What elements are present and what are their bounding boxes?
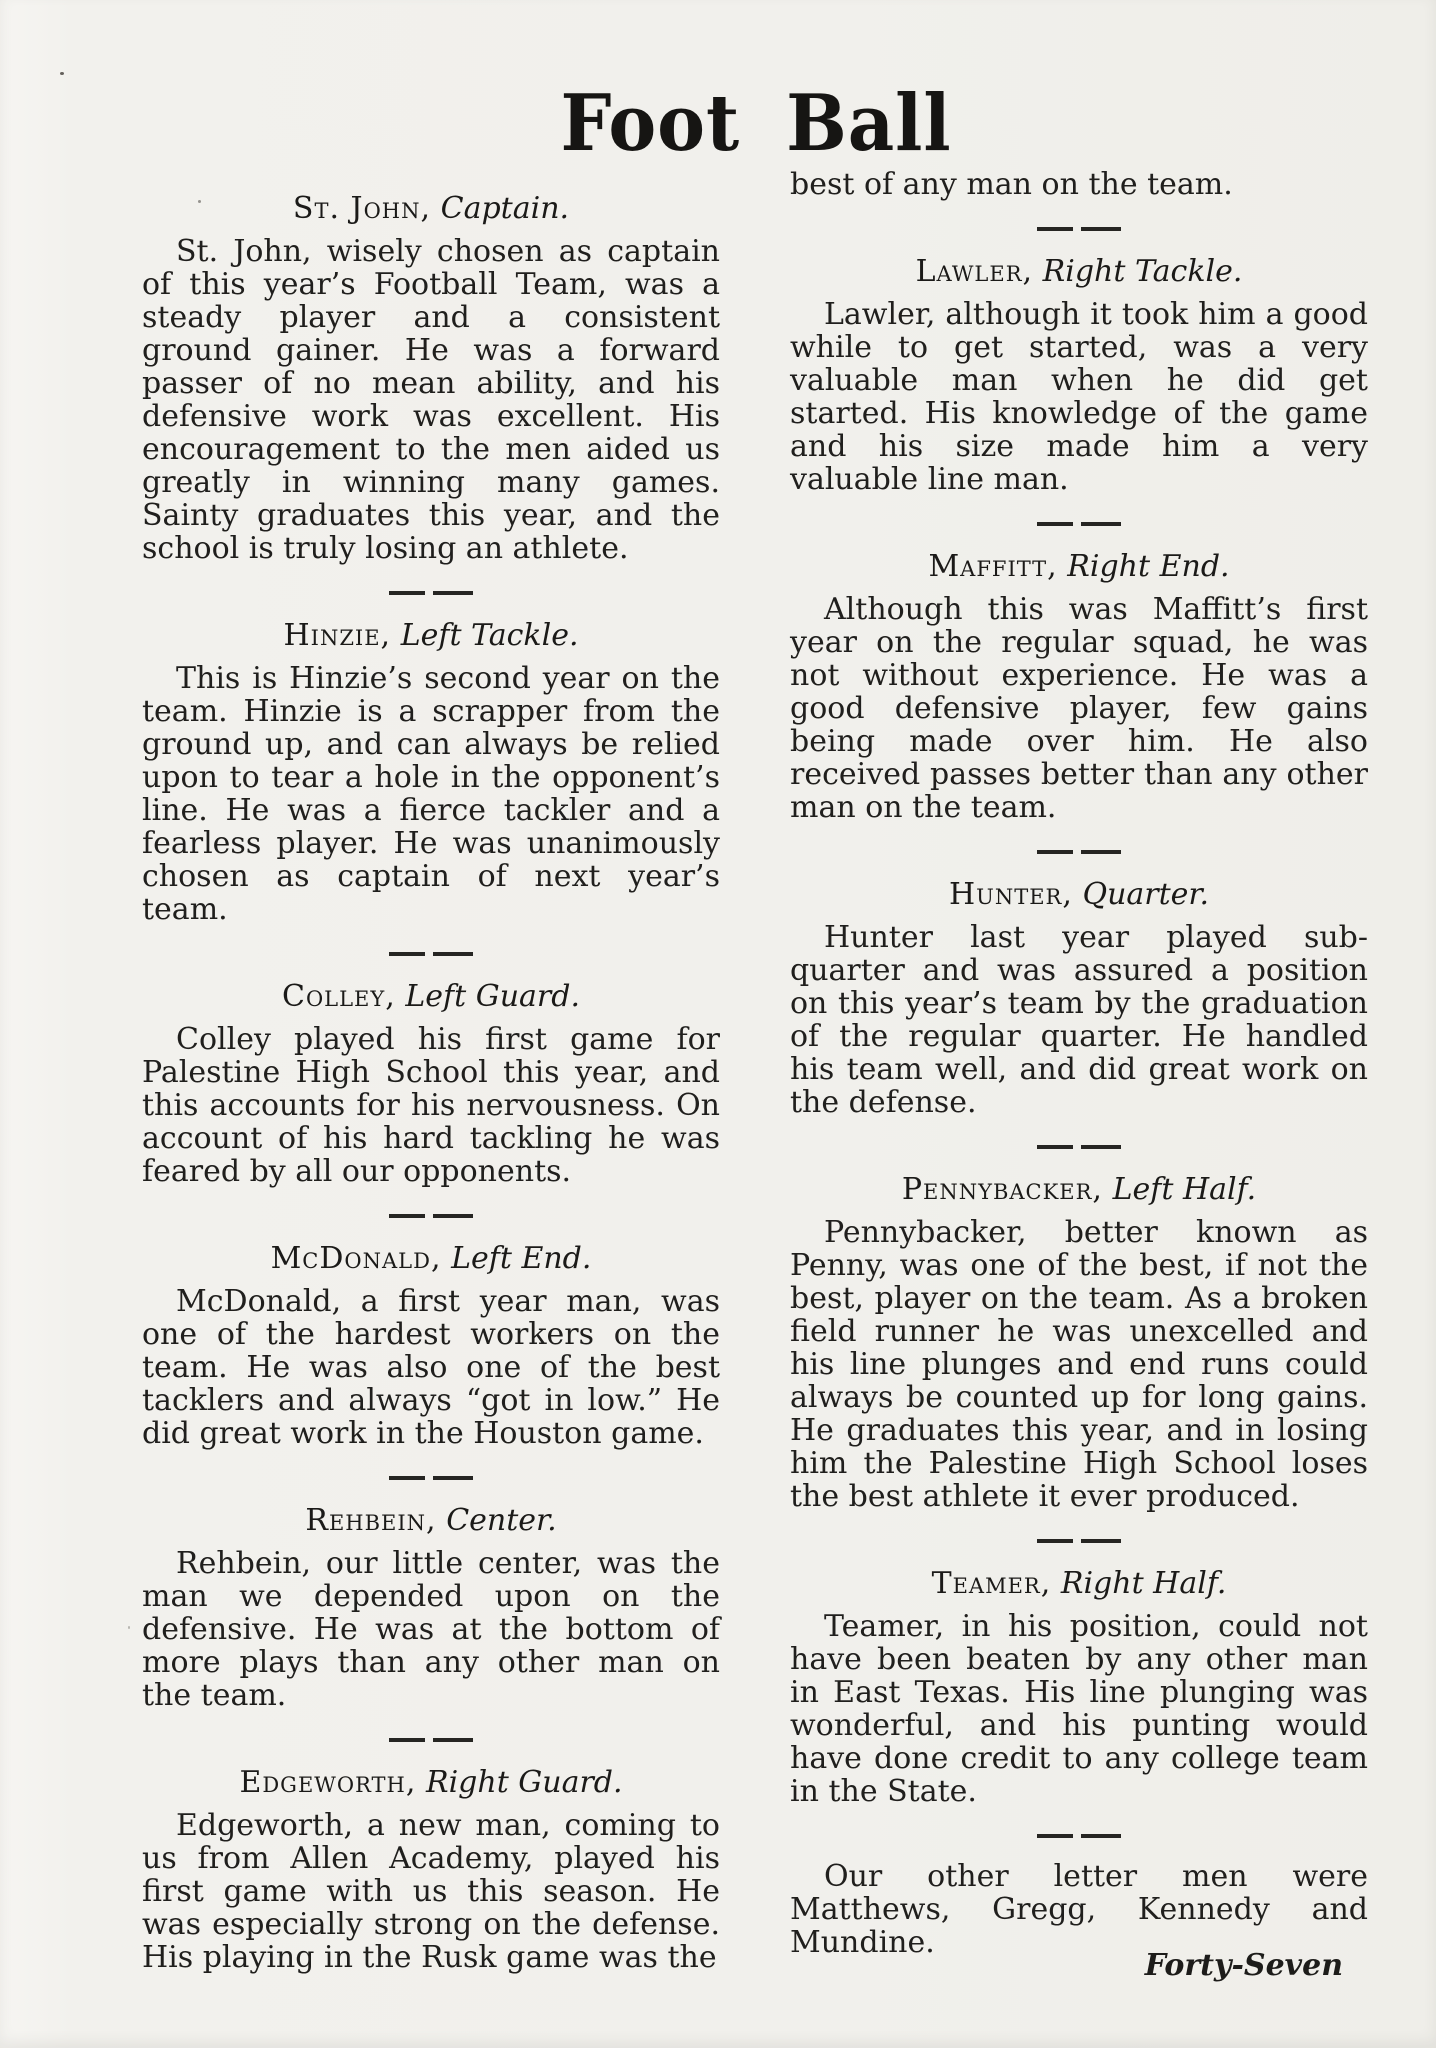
continuation-paragraph: best of any man on the team. (790, 168, 1368, 201)
section-divider (142, 952, 720, 956)
page-number: Forty-Seven (142, 1948, 1370, 1983)
player-name: Edgeworth, (239, 1765, 416, 1800)
player-position: Center. (446, 1503, 556, 1538)
player-bio: Teamer, in his position, could not have … (790, 1610, 1368, 1808)
player-position: Quarter. (1082, 877, 1209, 912)
player-name: Rehbein, (305, 1503, 436, 1538)
player-heading: Maffitt,Right End. (790, 548, 1368, 585)
player-section-rehbein: Rehbein,Center. Rehbein, our little cent… (142, 1502, 720, 1712)
player-name: Pennybacker, (902, 1172, 1103, 1207)
section-divider (790, 522, 1368, 526)
player-name: Teamer, (932, 1566, 1052, 1601)
section-divider (142, 591, 720, 595)
player-name: Hunter, (949, 877, 1073, 912)
player-heading: St. John,Captain. (142, 190, 720, 227)
section-divider (142, 1214, 720, 1218)
player-bio: Colley played his first game for Palesti… (142, 1023, 720, 1188)
player-position: Left End. (451, 1241, 591, 1276)
player-section-edgeworth: Edgeworth,Right Guard. Edgeworth, a new … (142, 1764, 720, 1974)
player-position: Left Half. (1113, 1172, 1257, 1207)
section-divider (142, 1476, 720, 1480)
player-position: Captain. (441, 191, 569, 226)
player-position: Left Tackle. (401, 618, 579, 653)
section-divider (790, 227, 1368, 231)
player-bio: This is Hinzie’s second year on the team… (142, 662, 720, 926)
player-bio: McDonald, a first year man, was one of t… (142, 1285, 720, 1450)
section-divider (790, 1539, 1368, 1543)
player-section-mcdonald: McDonald,Left End. McDonald, a first yea… (142, 1240, 720, 1450)
player-heading: Hinzie,Left Tackle. (142, 617, 720, 654)
player-bio: Although this was Maffitt’s first year o… (790, 593, 1368, 824)
document-page: Foot Ball St. John,Captain. St. John, wi… (0, 0, 1436, 2048)
player-name: Lawler, (916, 254, 1033, 289)
player-position: Right Guard. (426, 1765, 623, 1800)
player-name: Colley, (282, 979, 396, 1014)
player-position: Right Half. (1061, 1566, 1227, 1601)
player-heading: Pennybacker,Left Half. (790, 1171, 1368, 1208)
player-position: Right End. (1067, 549, 1229, 584)
player-bio: Hunter last year played sub-quarter and … (790, 921, 1368, 1119)
player-heading: Lawler,Right Tackle. (790, 253, 1368, 290)
player-section-lawler: Lawler,Right Tackle. Lawler, although it… (790, 253, 1368, 496)
player-position: Right Tackle. (1043, 254, 1243, 289)
section-divider (142, 1738, 720, 1742)
player-heading: Teamer,Right Half. (790, 1565, 1368, 1602)
player-section-maffitt: Maffitt,Right End. Although this was Maf… (790, 548, 1368, 824)
player-position: Left Guard. (405, 979, 580, 1014)
player-heading: McDonald,Left End. (142, 1240, 720, 1277)
player-bio: St. John, wisely chosen as captain of th… (142, 235, 720, 565)
player-name: Maffitt, (928, 549, 1057, 584)
scan-speck (60, 72, 64, 75)
player-name: St. John, (293, 191, 431, 226)
closing-paragraph: Our other letter men were Matthews, Greg… (790, 1860, 1368, 1959)
player-section-teamer: Teamer,Right Half. Teamer, in his positi… (790, 1565, 1368, 1808)
scan-speck (128, 1626, 130, 1629)
page-title: Foot Ball (191, 78, 1321, 169)
player-section-pennybacker: Pennybacker,Left Half. Pennybacker, bett… (790, 1171, 1368, 1513)
player-bio: Lawler, although it took him a good whil… (790, 298, 1368, 496)
player-name: Hinzie, (284, 618, 392, 653)
section-divider (790, 1834, 1368, 1838)
right-column: best of any man on the team. Lawler,Righ… (790, 168, 1368, 1959)
player-section-hinzie: Hinzie,Left Tackle. This is Hinzie’s sec… (142, 617, 720, 926)
player-heading: Hunter,Quarter. (790, 876, 1368, 913)
left-column: St. John,Captain. St. John, wisely chose… (142, 190, 720, 1974)
player-section-colley: Colley,Left Guard. Colley played his fir… (142, 978, 720, 1188)
section-divider (790, 1145, 1368, 1149)
player-section-hunter: Hunter,Quarter. Hunter last year played … (790, 876, 1368, 1119)
player-heading: Rehbein,Center. (142, 1502, 720, 1539)
section-divider (790, 850, 1368, 854)
player-bio: Rehbein, our little center, was the man … (142, 1547, 720, 1712)
player-heading: Edgeworth,Right Guard. (142, 1764, 720, 1801)
player-heading: Colley,Left Guard. (142, 978, 720, 1015)
player-name: McDonald, (271, 1241, 442, 1276)
player-bio: Pennybacker, better known as Penny, was … (790, 1216, 1368, 1513)
player-section-st-john: St. John,Captain. St. John, wisely chose… (142, 190, 720, 565)
